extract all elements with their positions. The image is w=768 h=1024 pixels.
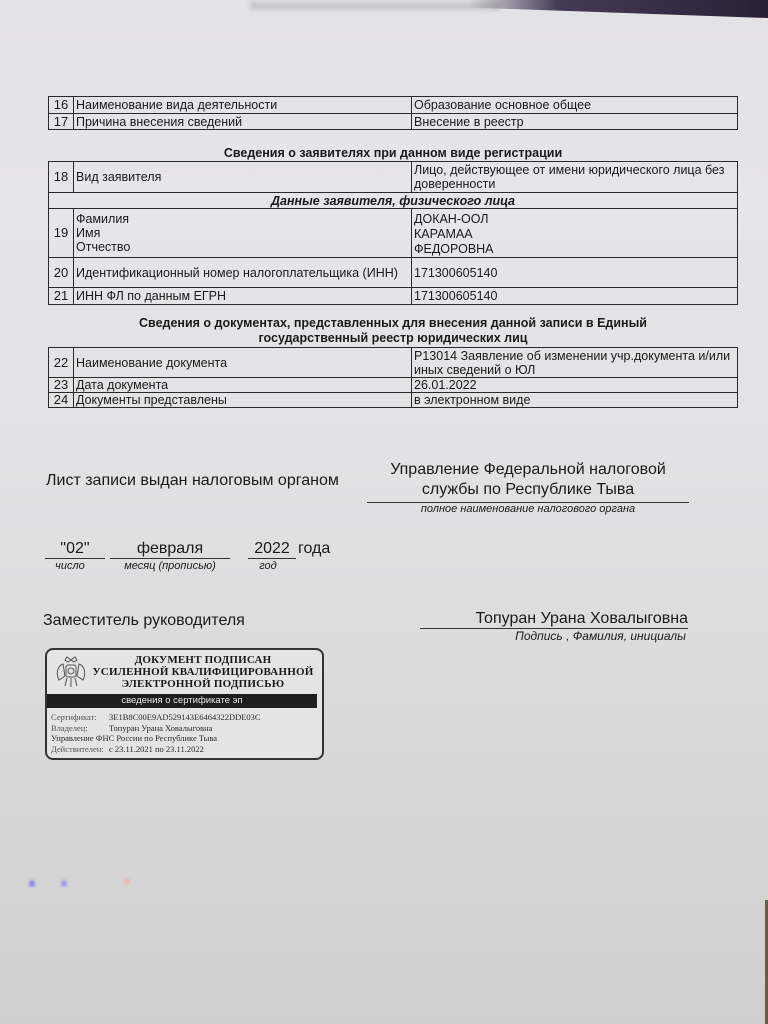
row-number: 20: [49, 258, 74, 288]
issuer-name: Управление ФНС России по Республике Тыва: [51, 733, 217, 743]
table-row: 17 Причина внесения сведений Внесение в …: [49, 114, 738, 130]
table-row: 22 Наименование документа Р13014 Заявлен…: [49, 348, 738, 378]
patronymic-label: Отчество: [76, 240, 409, 254]
stamp-title-line: ЭЛЕКТРОННОЙ ПОДПИСЬЮ: [87, 678, 319, 690]
applicant-subheading: Данные заявителя, физического лица: [49, 193, 738, 209]
row-number: 22: [49, 348, 74, 378]
validity-row: Действителен:с 23.11.2021 по 23.11.2022: [51, 744, 261, 755]
row-label: Дата документа: [74, 378, 412, 393]
tax-authority-caption: полное наименование налогового органа: [367, 503, 689, 515]
documents-table: 22 Наименование документа Р13014 Заявлен…: [48, 347, 738, 408]
issuer-row: Управление ФНС России по Республике Тыва: [51, 733, 261, 744]
surname-value: ДОКАН-ООЛ: [414, 212, 735, 227]
date-year: 2022: [248, 540, 296, 559]
row-label: Вид заявителя: [74, 162, 412, 193]
owner-label: Владелец:: [51, 723, 109, 734]
issued-by-label: Лист записи выдан налоговым органом: [46, 472, 339, 490]
table-row: 16 Наименование вида деятельности Образо…: [49, 97, 738, 114]
stamp-title-line: УСИЛЕННОЙ КВАЛИФИЦИРОВАННОЙ: [87, 666, 319, 678]
row-label: Наименование вида деятельности: [74, 97, 412, 114]
table-row: 20 Идентификационный номер налогоплатель…: [49, 258, 738, 288]
first-name-value: КАРАМАА: [414, 227, 735, 242]
year-caption: год: [248, 560, 288, 572]
light-reflection: [29, 880, 35, 887]
row-label: Причина внесения сведений: [74, 114, 412, 130]
inn-egrn-value: 171300605140: [412, 288, 738, 305]
row-value: Внесение в реестр: [412, 114, 738, 130]
signer-position: Заместитель руководителя: [43, 612, 245, 630]
day-caption: число: [45, 560, 95, 572]
inn-value: 171300605140: [412, 258, 738, 288]
bleed-through-text: [250, 2, 500, 10]
patronymic-value: ФЕДОРОВНА: [414, 242, 735, 257]
applicants-section-title: Сведения о заявителях при данном виде ре…: [48, 146, 738, 161]
row-number: 18: [49, 162, 74, 193]
row-value: Образование основное общее: [412, 97, 738, 114]
certificate-details: Сертификат:3E1B8C00E9AD529143E6464322DDE…: [51, 712, 261, 754]
validity-period: с 23.11.2021 по 23.11.2022: [109, 744, 204, 754]
table-row: 23 Дата документа 26.01.2022: [49, 378, 738, 393]
table-row: 18 Вид заявителя Лицо, действующее от им…: [49, 162, 738, 193]
documents-section-title: Сведения о документах, представленных дл…: [48, 316, 738, 346]
signer-name: Топуран Урана Ховалыговна: [420, 610, 688, 629]
year-word: года: [298, 540, 330, 558]
row-number: 24: [49, 393, 74, 408]
photo-shadow: [468, 0, 768, 18]
row-number: 17: [49, 114, 74, 130]
light-reflection: [124, 878, 130, 885]
row-label: ИНН ФЛ по данным ЕГРН: [74, 288, 412, 305]
row-number: 23: [49, 378, 74, 393]
table-subheading-row: Данные заявителя, физического лица: [49, 193, 738, 209]
row-value: 26.01.2022: [412, 378, 738, 393]
table-row: 19 Фамилия Имя Отчество ДОКАН-ООЛ КАРАМА…: [49, 209, 738, 258]
certificate-row: Сертификат:3E1B8C00E9AD529143E6464322DDE…: [51, 712, 261, 723]
tax-authority-name: Управление Федеральной налоговой службы …: [367, 460, 689, 503]
owner-row: Владелец:Топуран Урана Ховалыговна: [51, 723, 261, 734]
row-number: 21: [49, 288, 74, 305]
row-number: 19: [49, 209, 74, 258]
row-value: Р13014 Заявление об изменении учр.докуме…: [412, 348, 738, 378]
row-label: Идентификационный номер налогоплательщик…: [74, 258, 412, 288]
stamp-title-line: ДОКУМЕНТ ПОДПИСАН: [87, 654, 319, 666]
row-value: ДОКАН-ООЛ КАРАМАА ФЕДОРОВНА: [412, 209, 738, 258]
owner-name: Топуран Урана Ховалыговна: [109, 723, 212, 733]
certificate-info-bar: сведения о сертификате эп: [47, 694, 317, 708]
applicants-table: 18 Вид заявителя Лицо, действующее от им…: [48, 161, 738, 305]
row-number: 16: [49, 97, 74, 114]
signer-caption: Подпись , Фамилия, инициалы: [420, 629, 686, 643]
date-month: февраля: [110, 540, 230, 559]
table-row: 24 Документы представлены в электронном …: [49, 393, 738, 408]
table-row: 21 ИНН ФЛ по данным ЕГРН 171300605140: [49, 288, 738, 305]
validity-label: Действителен:: [51, 744, 109, 755]
row-value: в электронном виде: [412, 393, 738, 408]
date-day: "02": [45, 540, 105, 559]
certificate-number: 3E1B8C00E9AD529143E6464322DDE03C: [109, 712, 261, 722]
e-signature-stamp: ДОКУМЕНТ ПОДПИСАН УСИЛЕННОЙ КВАЛИФИЦИРОВ…: [45, 648, 324, 760]
first-name-label: Имя: [76, 226, 409, 240]
activity-table: 16 Наименование вида деятельности Образо…: [48, 96, 738, 130]
row-label: Документы представлены: [74, 393, 412, 408]
month-caption: месяц (прописью): [110, 560, 230, 572]
row-value: Лицо, действующее от имени юридического …: [412, 162, 738, 193]
surname-label: Фамилия: [76, 212, 409, 226]
light-reflection: [61, 880, 67, 887]
certificate-label: Сертификат:: [51, 712, 109, 723]
stamp-title: ДОКУМЕНТ ПОДПИСАН УСИЛЕННОЙ КВАЛИФИЦИРОВ…: [87, 654, 319, 690]
row-label: Наименование документа: [74, 348, 412, 378]
russian-emblem-icon: [53, 654, 89, 690]
row-label: Фамилия Имя Отчество: [74, 209, 412, 258]
